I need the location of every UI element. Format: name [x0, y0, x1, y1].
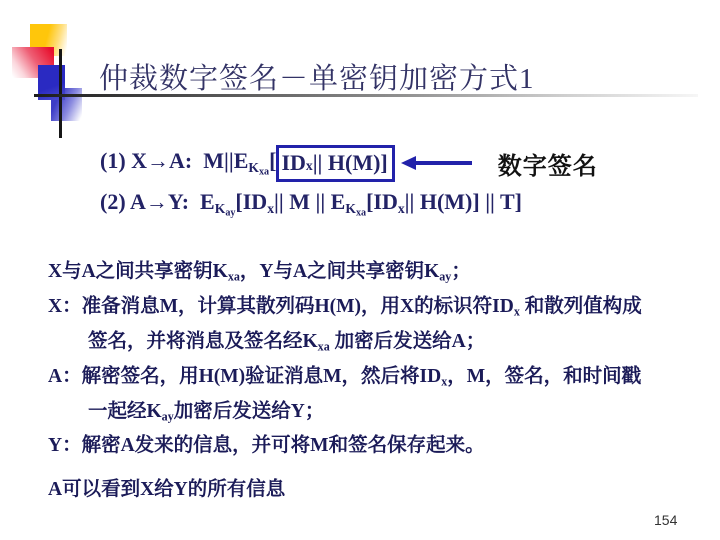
formula-2-text: (2) A→Y: EKay[IDx|| M || EKxa[IDx|| H(M)…	[100, 189, 522, 218]
body-line: Y：解密A发来的信息，并可将M和签名保存起来。	[48, 431, 708, 462]
body-line: 一起经Kay加密后发送给Y；	[48, 397, 708, 432]
body-line: A可以看到X给Y的所有信息	[48, 475, 708, 506]
body-line: X与A之间共享密钥Kxa，Y与A之间共享密钥Kay；	[48, 257, 708, 292]
formula-line-2: (2) A→Y: EKay[IDx|| M || EKxa[IDx|| H(M)…	[100, 187, 522, 221]
body-line: 签名，并将消息及签名经Kxa 加密后发送给A；	[48, 327, 708, 362]
arrow-shaft	[416, 161, 472, 165]
formula-line-1: (1) X→A: M||EKxa[ IDx|| H(M)] 数字签名	[100, 143, 598, 183]
slide: 仲裁数字签名－单密钥加密方式1 (1) X→A: M||EKxa[ IDx|| …	[0, 0, 720, 540]
formula-1-prefix: (1) X→A: M||EKxa[	[100, 148, 276, 177]
body-line: X：准备消息M，计算其散列码H(M)，用X的标识符IDx 和散列值构成	[48, 292, 708, 327]
signature-annotation-label: 数字签名	[498, 146, 598, 181]
page-number: 154	[654, 512, 677, 528]
signature-box: IDx|| H(M)]	[276, 145, 394, 182]
body-line: A：解密签名，用H(M)验证消息M，然后将IDx，M，签名，和时间戳	[48, 362, 708, 397]
arrow-head-icon	[401, 156, 416, 170]
left-arrow-icon	[401, 156, 472, 170]
page-title: 仲裁数字签名－单密钥加密方式1	[99, 56, 535, 97]
body-text: X与A之间共享密钥Kxa，Y与A之间共享密钥Kay；X：准备消息M，计算其散列码…	[48, 257, 708, 505]
